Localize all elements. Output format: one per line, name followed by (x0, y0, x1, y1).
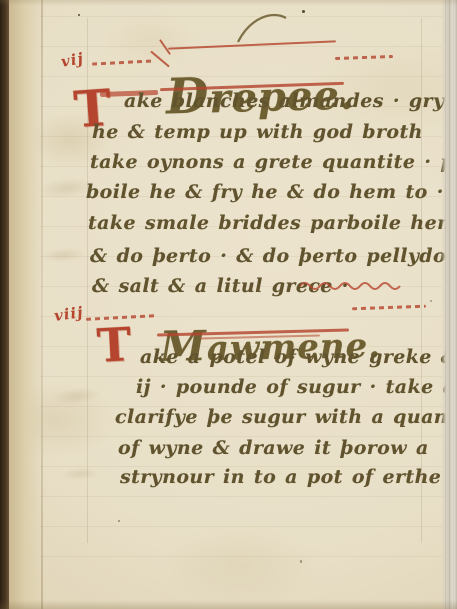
page-gutter-shadow (9, 0, 43, 609)
top-edge-shadow (0, 0, 457, 6)
ink-speck (78, 14, 80, 16)
lombardic-initial-T: T (96, 321, 133, 369)
binding-edge (0, 0, 9, 609)
recipe-text-line: take oynons a grete quantite · p (90, 151, 454, 173)
ink-speck (240, 92, 243, 94)
gutter-crease (41, 0, 43, 609)
manuscript-page-photo: vij Drepee. T ake blanches almandes · gr… (0, 0, 457, 609)
recipe-text-line: strynour in to a pot of erthe · (120, 466, 457, 488)
recipe-text-line: clarifye þe sugur with a quantite (115, 406, 457, 428)
bottom-edge-shadow (0, 600, 457, 609)
pen-flourish (232, 6, 292, 46)
recipe-text-line: ij · pounde of sugur · take and (136, 376, 457, 398)
recipe-text-line: ake a potel of wyne greke & (140, 346, 457, 368)
show-through-text (60, 467, 101, 481)
ink-speck (430, 300, 432, 302)
line-filler-squiggle (300, 280, 400, 292)
recipe-text-line: & do þerto · & do þerto pellydore (90, 245, 457, 267)
ink-speck (300, 560, 302, 563)
recipe-text-line: ake blanches almandes · grynd (124, 90, 457, 112)
recipe-text-line: take smale briddes parboile hem (88, 212, 457, 234)
fore-edge-leaf-lines (445, 0, 457, 609)
recipe-text-line: he & temp up with god broth (92, 121, 423, 143)
recipe-text-line: of wyne & drawe it þorow a (118, 437, 429, 459)
recipe-text-line: boile he & fry he & do hem to · (86, 181, 444, 203)
ink-speck (118, 520, 120, 522)
ink-speck (302, 10, 305, 13)
